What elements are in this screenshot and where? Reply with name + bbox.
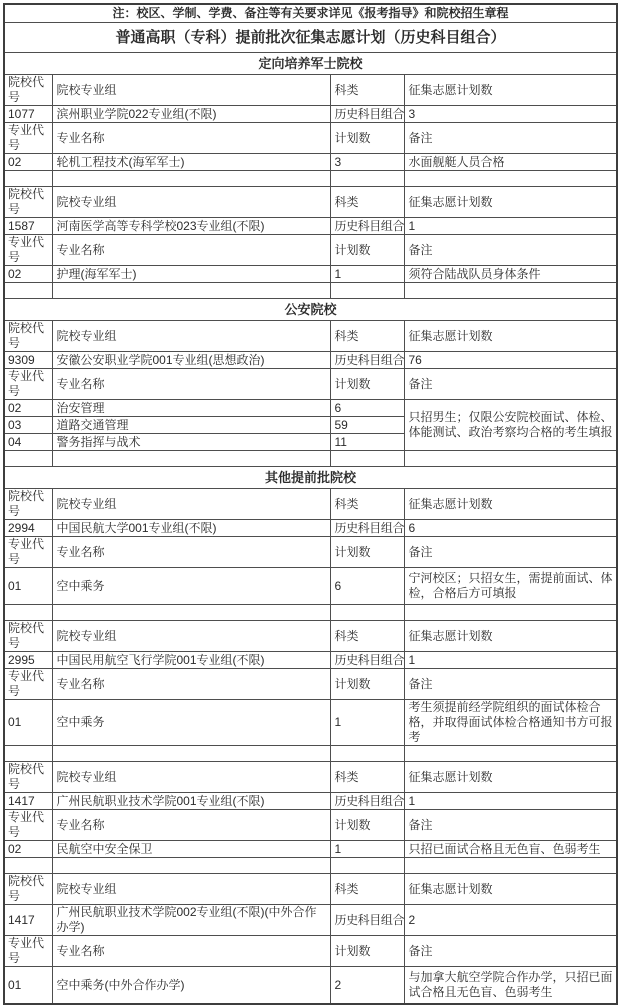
col-header-category: 科类 — [331, 762, 405, 793]
col-header-major-code: 专业代号 — [4, 123, 53, 154]
major-name: 民航空中安全保卫 — [53, 841, 331, 858]
subject-category: 历史科目组合 — [331, 218, 405, 235]
col-header-plan-count: 征集志愿计划数 — [405, 762, 617, 793]
school-group: 广州民航职业技术学院001专业组(不限) — [53, 793, 331, 810]
col-header-remark: 备注 — [405, 936, 617, 967]
major-header-row: 专业代号 专业名称 计划数 备注 — [4, 936, 617, 967]
col-header-major-count: 计划数 — [331, 235, 405, 266]
subject-category: 历史科目组合 — [331, 106, 405, 123]
major-code: 02 — [4, 841, 53, 858]
col-header-major-name: 专业名称 — [53, 936, 331, 967]
col-header-category: 科类 — [331, 489, 405, 520]
major-count: 3 — [331, 154, 405, 171]
major-remark: 与加拿大航空学院合作办学，只招已面试合格且无色盲、色弱考生 — [405, 967, 617, 1005]
major-count: 59 — [331, 417, 405, 434]
plan-count: 1 — [405, 652, 617, 669]
major-count: 6 — [331, 400, 405, 417]
col-header-major-count: 计划数 — [331, 123, 405, 154]
col-header-school-group: 院校专业组 — [53, 321, 331, 352]
col-header-remark: 备注 — [405, 669, 617, 700]
group-header-row: 院校代号 院校专业组 科类 征集志愿计划数 — [4, 762, 617, 793]
col-header-plan-count: 征集志愿计划数 — [405, 621, 617, 652]
school-code: 2995 — [4, 652, 53, 669]
major-name: 治安管理 — [53, 400, 331, 417]
subject-category: 历史科目组合 — [331, 520, 405, 537]
major-remark: 须符合陆战队员身体条件 — [405, 266, 617, 283]
school-row: 1077 滨州职业学院022专业组(不限) 历史科目组合 3 — [4, 106, 617, 123]
major-count: 6 — [331, 568, 405, 605]
admission-plan-table: 注：校区、学制、学费、备注等有关要求详见《报考指导》和院校招生章程 普通高职（专… — [3, 3, 618, 1005]
subject-category: 历史科目组合 — [331, 905, 405, 936]
col-header-major-code: 专业代号 — [4, 537, 53, 568]
subject-category: 历史科目组合 — [331, 793, 405, 810]
school-group: 滨州职业学院022专业组(不限) — [53, 106, 331, 123]
major-name: 空中乘务 — [53, 568, 331, 605]
major-row: 01 空中乘务 6 宁河校区；只招女生，需提前面试、体检，合格后方可填报 — [4, 568, 617, 605]
col-header-plan-count: 征集志愿计划数 — [405, 75, 617, 106]
major-name: 道路交通管理 — [53, 417, 331, 434]
plan-count: 2 — [405, 905, 617, 936]
school-row: 9309 安徽公安职业学院001专业组(思想政治) 历史科目组合 76 — [4, 352, 617, 369]
col-header-school-code: 院校代号 — [4, 75, 53, 106]
col-header-plan-count: 征集志愿计划数 — [405, 489, 617, 520]
major-code: 02 — [4, 400, 53, 417]
major-header-row: 专业代号 专业名称 计划数 备注 — [4, 669, 617, 700]
note-row: 注：校区、学制、学费、备注等有关要求详见《报考指导》和院校招生章程 — [4, 4, 617, 23]
major-code: 01 — [4, 967, 53, 1005]
subject-category: 历史科目组合 — [331, 352, 405, 369]
group-header-row: 院校代号 院校专业组 科类 征集志愿计划数 — [4, 187, 617, 218]
col-header-category: 科类 — [331, 874, 405, 905]
major-count: 1 — [331, 700, 405, 746]
col-header-school-code: 院校代号 — [4, 621, 53, 652]
major-row: 01 空中乘务 1 考生须提前经学院组织的面试体检合格，并取得面试体检合格通知书… — [4, 700, 617, 746]
merged-major-remark: 只招男生；仅限公安院校面试、体检、体能测试、政治考察均合格的考生填报 — [405, 400, 617, 451]
col-header-school-code: 院校代号 — [4, 187, 53, 218]
col-header-major-count: 计划数 — [331, 669, 405, 700]
col-header-major-count: 计划数 — [331, 936, 405, 967]
major-remark: 水面舰艇人员合格 — [405, 154, 617, 171]
col-header-school-group: 院校专业组 — [53, 187, 331, 218]
major-name: 护理(海军军士) — [53, 266, 331, 283]
major-header-row: 专业代号 专业名称 计划数 备注 — [4, 369, 617, 400]
group-header-row: 院校代号 院校专业组 科类 征集志愿计划数 — [4, 874, 617, 905]
col-header-school-code: 院校代号 — [4, 321, 53, 352]
col-header-major-name: 专业名称 — [53, 669, 331, 700]
school-code: 1587 — [4, 218, 53, 235]
major-code: 01 — [4, 700, 53, 746]
col-header-major-count: 计划数 — [331, 537, 405, 568]
school-group: 中国民用航空飞行学院001专业组(不限) — [53, 652, 331, 669]
major-row: 02 轮机工程技术(海军军士) 3 水面舰艇人员合格 — [4, 154, 617, 171]
major-name: 空中乘务 — [53, 700, 331, 746]
col-header-major-count: 计划数 — [331, 810, 405, 841]
col-header-major-name: 专业名称 — [53, 810, 331, 841]
col-header-major-code: 专业代号 — [4, 369, 53, 400]
section-row: 公安院校 — [4, 299, 617, 321]
school-code: 1417 — [4, 905, 53, 936]
col-header-school-group: 院校专业组 — [53, 489, 331, 520]
col-header-school-group: 院校专业组 — [53, 874, 331, 905]
major-row: 02 治安管理 6 只招男生；仅限公安院校面试、体检、体能测试、政治考察均合格的… — [4, 400, 617, 417]
plan-count: 6 — [405, 520, 617, 537]
plan-count: 3 — [405, 106, 617, 123]
major-count: 11 — [331, 434, 405, 451]
group-header-row: 院校代号 院校专业组 科类 征集志愿计划数 — [4, 75, 617, 106]
col-header-major-code: 专业代号 — [4, 810, 53, 841]
section-header: 其他提前批院校 — [4, 467, 617, 489]
col-header-school-group: 院校专业组 — [53, 621, 331, 652]
school-group: 河南医学高等专科学校023专业组(不限) — [53, 218, 331, 235]
col-header-school-code: 院校代号 — [4, 874, 53, 905]
major-remark: 只招已面试合格且无色盲、色弱考生 — [405, 841, 617, 858]
col-header-category: 科类 — [331, 321, 405, 352]
plan-count: 1 — [405, 218, 617, 235]
major-name: 空中乘务(中外合作办学) — [53, 967, 331, 1005]
major-code: 02 — [4, 266, 53, 283]
separator-row — [4, 283, 617, 299]
section-header: 定向培养军士院校 — [4, 53, 617, 75]
separator-row — [4, 858, 617, 874]
school-code: 1077 — [4, 106, 53, 123]
school-row: 2995 中国民用航空飞行学院001专业组(不限) 历史科目组合 1 — [4, 652, 617, 669]
col-header-school-code: 院校代号 — [4, 489, 53, 520]
school-row: 2994 中国民航大学001专业组(不限) 历史科目组合 6 — [4, 520, 617, 537]
plan-count: 1 — [405, 793, 617, 810]
school-row: 1587 河南医学高等专科学校023专业组(不限) 历史科目组合 1 — [4, 218, 617, 235]
col-header-major-code: 专业代号 — [4, 936, 53, 967]
col-header-remark: 备注 — [405, 123, 617, 154]
major-count: 1 — [331, 266, 405, 283]
major-header-row: 专业代号 专业名称 计划数 备注 — [4, 123, 617, 154]
col-header-remark: 备注 — [405, 810, 617, 841]
major-name: 轮机工程技术(海军军士) — [53, 154, 331, 171]
school-code: 1417 — [4, 793, 53, 810]
group-header-row: 院校代号 院校专业组 科类 征集志愿计划数 — [4, 489, 617, 520]
major-row: 02 护理(海军军士) 1 须符合陆战队员身体条件 — [4, 266, 617, 283]
section-row: 其他提前批院校 — [4, 467, 617, 489]
col-header-category: 科类 — [331, 621, 405, 652]
col-header-remark: 备注 — [405, 537, 617, 568]
page-title: 普通高职（专科）提前批次征集志愿计划（历史科目组合） — [4, 23, 617, 53]
section-header: 公安院校 — [4, 299, 617, 321]
col-header-major-name: 专业名称 — [53, 123, 331, 154]
school-row: 1417 广州民航职业技术学院001专业组(不限) 历史科目组合 1 — [4, 793, 617, 810]
separator-row — [4, 171, 617, 187]
major-remark: 宁河校区；只招女生，需提前面试、体检，合格后方可填报 — [405, 568, 617, 605]
col-header-major-code: 专业代号 — [4, 235, 53, 266]
major-code: 02 — [4, 154, 53, 171]
plan-count: 76 — [405, 352, 617, 369]
section-row: 定向培养军士院校 — [4, 53, 617, 75]
title-row: 普通高职（专科）提前批次征集志愿计划（历史科目组合） — [4, 23, 617, 53]
note-text: 注：校区、学制、学费、备注等有关要求详见《报考指导》和院校招生章程 — [4, 4, 617, 23]
major-count: 1 — [331, 841, 405, 858]
col-header-major-name: 专业名称 — [53, 369, 331, 400]
school-group: 中国民航大学001专业组(不限) — [53, 520, 331, 537]
school-code: 2994 — [4, 520, 53, 537]
major-code: 04 — [4, 434, 53, 451]
col-header-plan-count: 征集志愿计划数 — [405, 321, 617, 352]
major-row: 02 民航空中安全保卫 1 只招已面试合格且无色盲、色弱考生 — [4, 841, 617, 858]
separator-row — [4, 746, 617, 762]
col-header-plan-count: 征集志愿计划数 — [405, 874, 617, 905]
separator-row — [4, 451, 617, 467]
col-header-major-count: 计划数 — [331, 369, 405, 400]
col-header-remark: 备注 — [405, 369, 617, 400]
major-count: 2 — [331, 967, 405, 1005]
major-row: 01 空中乘务(中外合作办学) 2 与加拿大航空学院合作办学，只招已面试合格且无… — [4, 967, 617, 1005]
major-code: 03 — [4, 417, 53, 434]
major-header-row: 专业代号 专业名称 计划数 备注 — [4, 235, 617, 266]
school-row: 1417 广州民航职业技术学院002专业组(不限)(中外合作办学) 历史科目组合… — [4, 905, 617, 936]
school-group: 广州民航职业技术学院002专业组(不限)(中外合作办学) — [53, 905, 331, 936]
col-header-school-group: 院校专业组 — [53, 762, 331, 793]
major-header-row: 专业代号 专业名称 计划数 备注 — [4, 810, 617, 841]
col-header-major-code: 专业代号 — [4, 669, 53, 700]
col-header-major-name: 专业名称 — [53, 537, 331, 568]
col-header-major-name: 专业名称 — [53, 235, 331, 266]
school-group: 安徽公安职业学院001专业组(思想政治) — [53, 352, 331, 369]
separator-row — [4, 605, 617, 621]
major-code: 01 — [4, 568, 53, 605]
major-name: 警务指挥与战术 — [53, 434, 331, 451]
col-header-school-code: 院校代号 — [4, 762, 53, 793]
col-header-remark: 备注 — [405, 235, 617, 266]
major-header-row: 专业代号 专业名称 计划数 备注 — [4, 537, 617, 568]
school-code: 9309 — [4, 352, 53, 369]
group-header-row: 院校代号 院校专业组 科类 征集志愿计划数 — [4, 321, 617, 352]
major-remark: 考生须提前经学院组织的面试体检合格，并取得面试体检合格通知书方可报考 — [405, 700, 617, 746]
col-header-plan-count: 征集志愿计划数 — [405, 187, 617, 218]
group-header-row: 院校代号 院校专业组 科类 征集志愿计划数 — [4, 621, 617, 652]
subject-category: 历史科目组合 — [331, 652, 405, 669]
col-header-school-group: 院校专业组 — [53, 75, 331, 106]
col-header-category: 科类 — [331, 187, 405, 218]
col-header-category: 科类 — [331, 75, 405, 106]
